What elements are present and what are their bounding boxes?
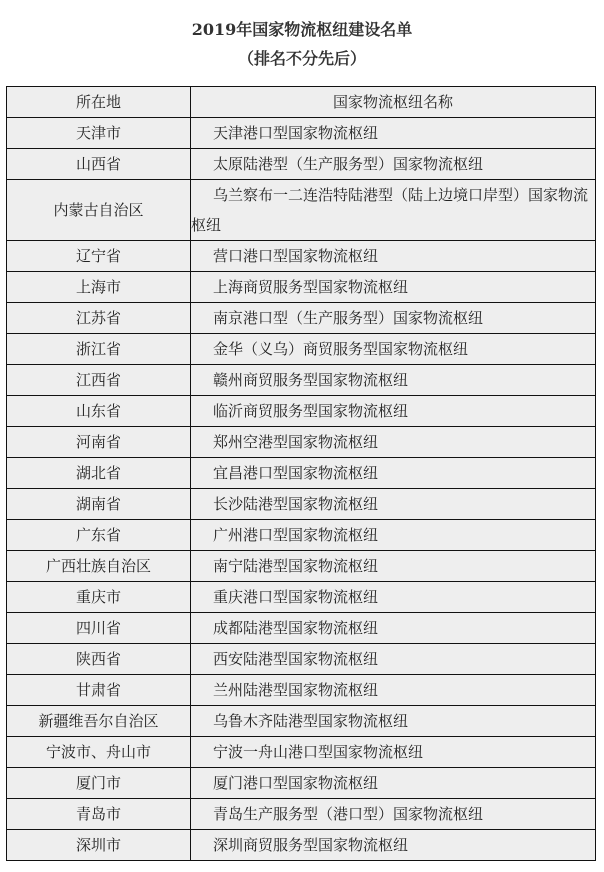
location-cell: 湖南省 [7, 489, 191, 520]
hub-name-cell: 营口港口型国家物流枢纽 [191, 241, 596, 272]
location-cell: 甘肃省 [7, 675, 191, 706]
location-cell: 江苏省 [7, 303, 191, 334]
table-row: 湖北省宜昌港口型国家物流枢纽 [7, 458, 596, 489]
location-cell: 江西省 [7, 365, 191, 396]
location-cell: 山西省 [7, 149, 191, 180]
hub-name-cell: 赣州商贸服务型国家物流枢纽 [191, 365, 596, 396]
location-cell: 内蒙古自治区 [7, 180, 191, 241]
header-hub-name: 国家物流枢纽名称 [191, 87, 596, 118]
table-row: 江西省赣州商贸服务型国家物流枢纽 [7, 365, 596, 396]
location-cell: 上海市 [7, 272, 191, 303]
location-cell: 宁波市、舟山市 [7, 737, 191, 768]
location-cell: 深圳市 [7, 830, 191, 861]
table-row: 厦门市厦门港口型国家物流枢纽 [7, 768, 596, 799]
hub-name-cell: 临沂商贸服务型国家物流枢纽 [191, 396, 596, 427]
document-subtitle: （排名不分先后） [0, 46, 604, 69]
table-row: 湖南省长沙陆港型国家物流枢纽 [7, 489, 596, 520]
location-cell: 新疆维吾尔自治区 [7, 706, 191, 737]
hub-name-cell: 广州港口型国家物流枢纽 [191, 520, 596, 551]
table-row: 宁波市、舟山市宁波一舟山港口型国家物流枢纽 [7, 737, 596, 768]
hub-name-cell: 青岛生产服务型（港口型）国家物流枢纽 [191, 799, 596, 830]
location-cell: 河南省 [7, 427, 191, 458]
table-row: 山西省太原陆港型（生产服务型）国家物流枢纽 [7, 149, 596, 180]
location-cell: 重庆市 [7, 582, 191, 613]
table-row: 四川省成都陆港型国家物流枢纽 [7, 613, 596, 644]
hub-name-cell: 重庆港口型国家物流枢纽 [191, 582, 596, 613]
location-cell: 四川省 [7, 613, 191, 644]
table-row: 陕西省西安陆港型国家物流枢纽 [7, 644, 596, 675]
table-row: 江苏省南京港口型（生产服务型）国家物流枢纽 [7, 303, 596, 334]
table-row: 天津市天津港口型国家物流枢纽 [7, 118, 596, 149]
location-cell: 浙江省 [7, 334, 191, 365]
hub-name-cell: 南京港口型（生产服务型）国家物流枢纽 [191, 303, 596, 334]
hub-name-cell: 太原陆港型（生产服务型）国家物流枢纽 [191, 149, 596, 180]
hub-name-cell: 深圳商贸服务型国家物流枢纽 [191, 830, 596, 861]
table-row: 深圳市深圳商贸服务型国家物流枢纽 [7, 830, 596, 861]
hub-name-cell: 上海商贸服务型国家物流枢纽 [191, 272, 596, 303]
hub-name-cell: 乌鲁木齐陆港型国家物流枢纽 [191, 706, 596, 737]
table-row: 辽宁省营口港口型国家物流枢纽 [7, 241, 596, 272]
hub-name-cell: 兰州陆港型国家物流枢纽 [191, 675, 596, 706]
hub-name-cell: 金华（义乌）商贸服务型国家物流枢纽 [191, 334, 596, 365]
hub-name-cell: 天津港口型国家物流枢纽 [191, 118, 596, 149]
hub-name-cell: 宜昌港口型国家物流枢纽 [191, 458, 596, 489]
hub-name-cell: 宁波一舟山港口型国家物流枢纽 [191, 737, 596, 768]
hub-name-cell: 成都陆港型国家物流枢纽 [191, 613, 596, 644]
location-cell: 青岛市 [7, 799, 191, 830]
table-row: 浙江省金华（义乌）商贸服务型国家物流枢纽 [7, 334, 596, 365]
table-row: 重庆市重庆港口型国家物流枢纽 [7, 582, 596, 613]
location-cell: 湖北省 [7, 458, 191, 489]
logistics-hub-table: 所在地 国家物流枢纽名称 天津市天津港口型国家物流枢纽山西省太原陆港型（生产服务… [6, 86, 596, 861]
location-cell: 天津市 [7, 118, 191, 149]
table-row: 青岛市青岛生产服务型（港口型）国家物流枢纽 [7, 799, 596, 830]
table-row: 广西壮族自治区南宁陆港型国家物流枢纽 [7, 551, 596, 582]
table-row: 新疆维吾尔自治区乌鲁木齐陆港型国家物流枢纽 [7, 706, 596, 737]
table-row: 上海市上海商贸服务型国家物流枢纽 [7, 272, 596, 303]
location-cell: 厦门市 [7, 768, 191, 799]
location-cell: 陕西省 [7, 644, 191, 675]
hub-name-cell: 郑州空港型国家物流枢纽 [191, 427, 596, 458]
hub-name-cell: 乌兰察布一二连浩特陆港型（陆上边境口岸型）国家物流枢纽 [191, 180, 596, 241]
location-cell: 广东省 [7, 520, 191, 551]
document-title: 2019年国家物流枢纽建设名单 [0, 17, 604, 40]
hub-name-cell: 西安陆港型国家物流枢纽 [191, 644, 596, 675]
location-cell: 广西壮族自治区 [7, 551, 191, 582]
table-row: 广东省广州港口型国家物流枢纽 [7, 520, 596, 551]
hub-name-cell: 厦门港口型国家物流枢纽 [191, 768, 596, 799]
table-row: 甘肃省兰州陆港型国家物流枢纽 [7, 675, 596, 706]
table-row: 内蒙古自治区乌兰察布一二连浩特陆港型（陆上边境口岸型）国家物流枢纽 [7, 180, 596, 241]
table-row: 河南省郑州空港型国家物流枢纽 [7, 427, 596, 458]
table-header-row: 所在地 国家物流枢纽名称 [7, 87, 596, 118]
header-location: 所在地 [7, 87, 191, 118]
hub-name-cell: 长沙陆港型国家物流枢纽 [191, 489, 596, 520]
hub-name-cell: 南宁陆港型国家物流枢纽 [191, 551, 596, 582]
location-cell: 辽宁省 [7, 241, 191, 272]
table-row: 山东省临沂商贸服务型国家物流枢纽 [7, 396, 596, 427]
location-cell: 山东省 [7, 396, 191, 427]
